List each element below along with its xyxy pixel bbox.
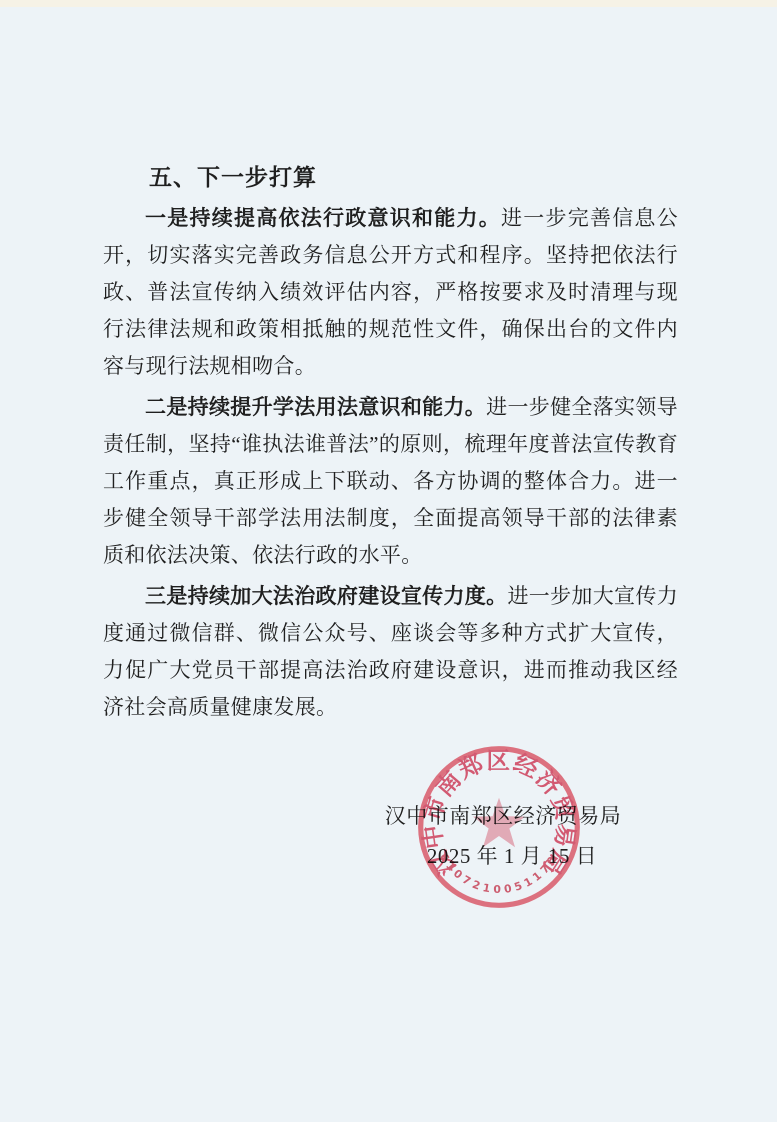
paragraph-3-lead: 三是持续加大法治政府建设宣传力度。 <box>145 584 507 608</box>
paragraph-2: 二是持续提升学法用法意识和能力。进一步健全落实领导责任制，坚持“谁执法谁普法”的… <box>103 389 678 574</box>
paragraph-2-lead: 二是持续提升学法用法意识和能力。 <box>145 395 486 419</box>
document-page: 五、下一步打算 一是持续提高依法行政意识和能力。进一步完善信息公开，切实落实完善… <box>0 0 777 1122</box>
signature-organization: 汉中市南郑区经济贸易局 <box>383 796 623 836</box>
signature-block: 汉中市南郑区经济贸易局 2025 年 1 月 15 日 <box>383 796 623 876</box>
signature-date: 2025 年 1 月 15 日 <box>383 836 623 876</box>
paragraph-2-text: 进一步健全落实领导责任制，坚持“谁执法谁普法”的原则，梳理年度普法宣传教育工作重… <box>103 395 678 567</box>
paragraph-1-text: 进一步完善信息公开，切实落实完善政务信息公开方式和程序。坚持把依法行政、普法宣传… <box>103 206 678 378</box>
paragraph-1-lead: 一是持续提高依法行政意识和能力。 <box>145 206 501 230</box>
scan-edge-strip <box>0 0 777 7</box>
section-heading: 五、下一步打算 <box>103 159 678 196</box>
document-body: 五、下一步打算 一是持续提高依法行政意识和能力。进一步完善信息公开，切实落实完善… <box>103 159 678 726</box>
paragraph-3: 三是持续加大法治政府建设宣传力度。进一步加大宣传力度通过微信群、微信公众号、座谈… <box>103 578 678 726</box>
paragraph-1: 一是持续提高依法行政意识和能力。进一步完善信息公开，切实落实完善政务信息公开方式… <box>103 200 678 385</box>
